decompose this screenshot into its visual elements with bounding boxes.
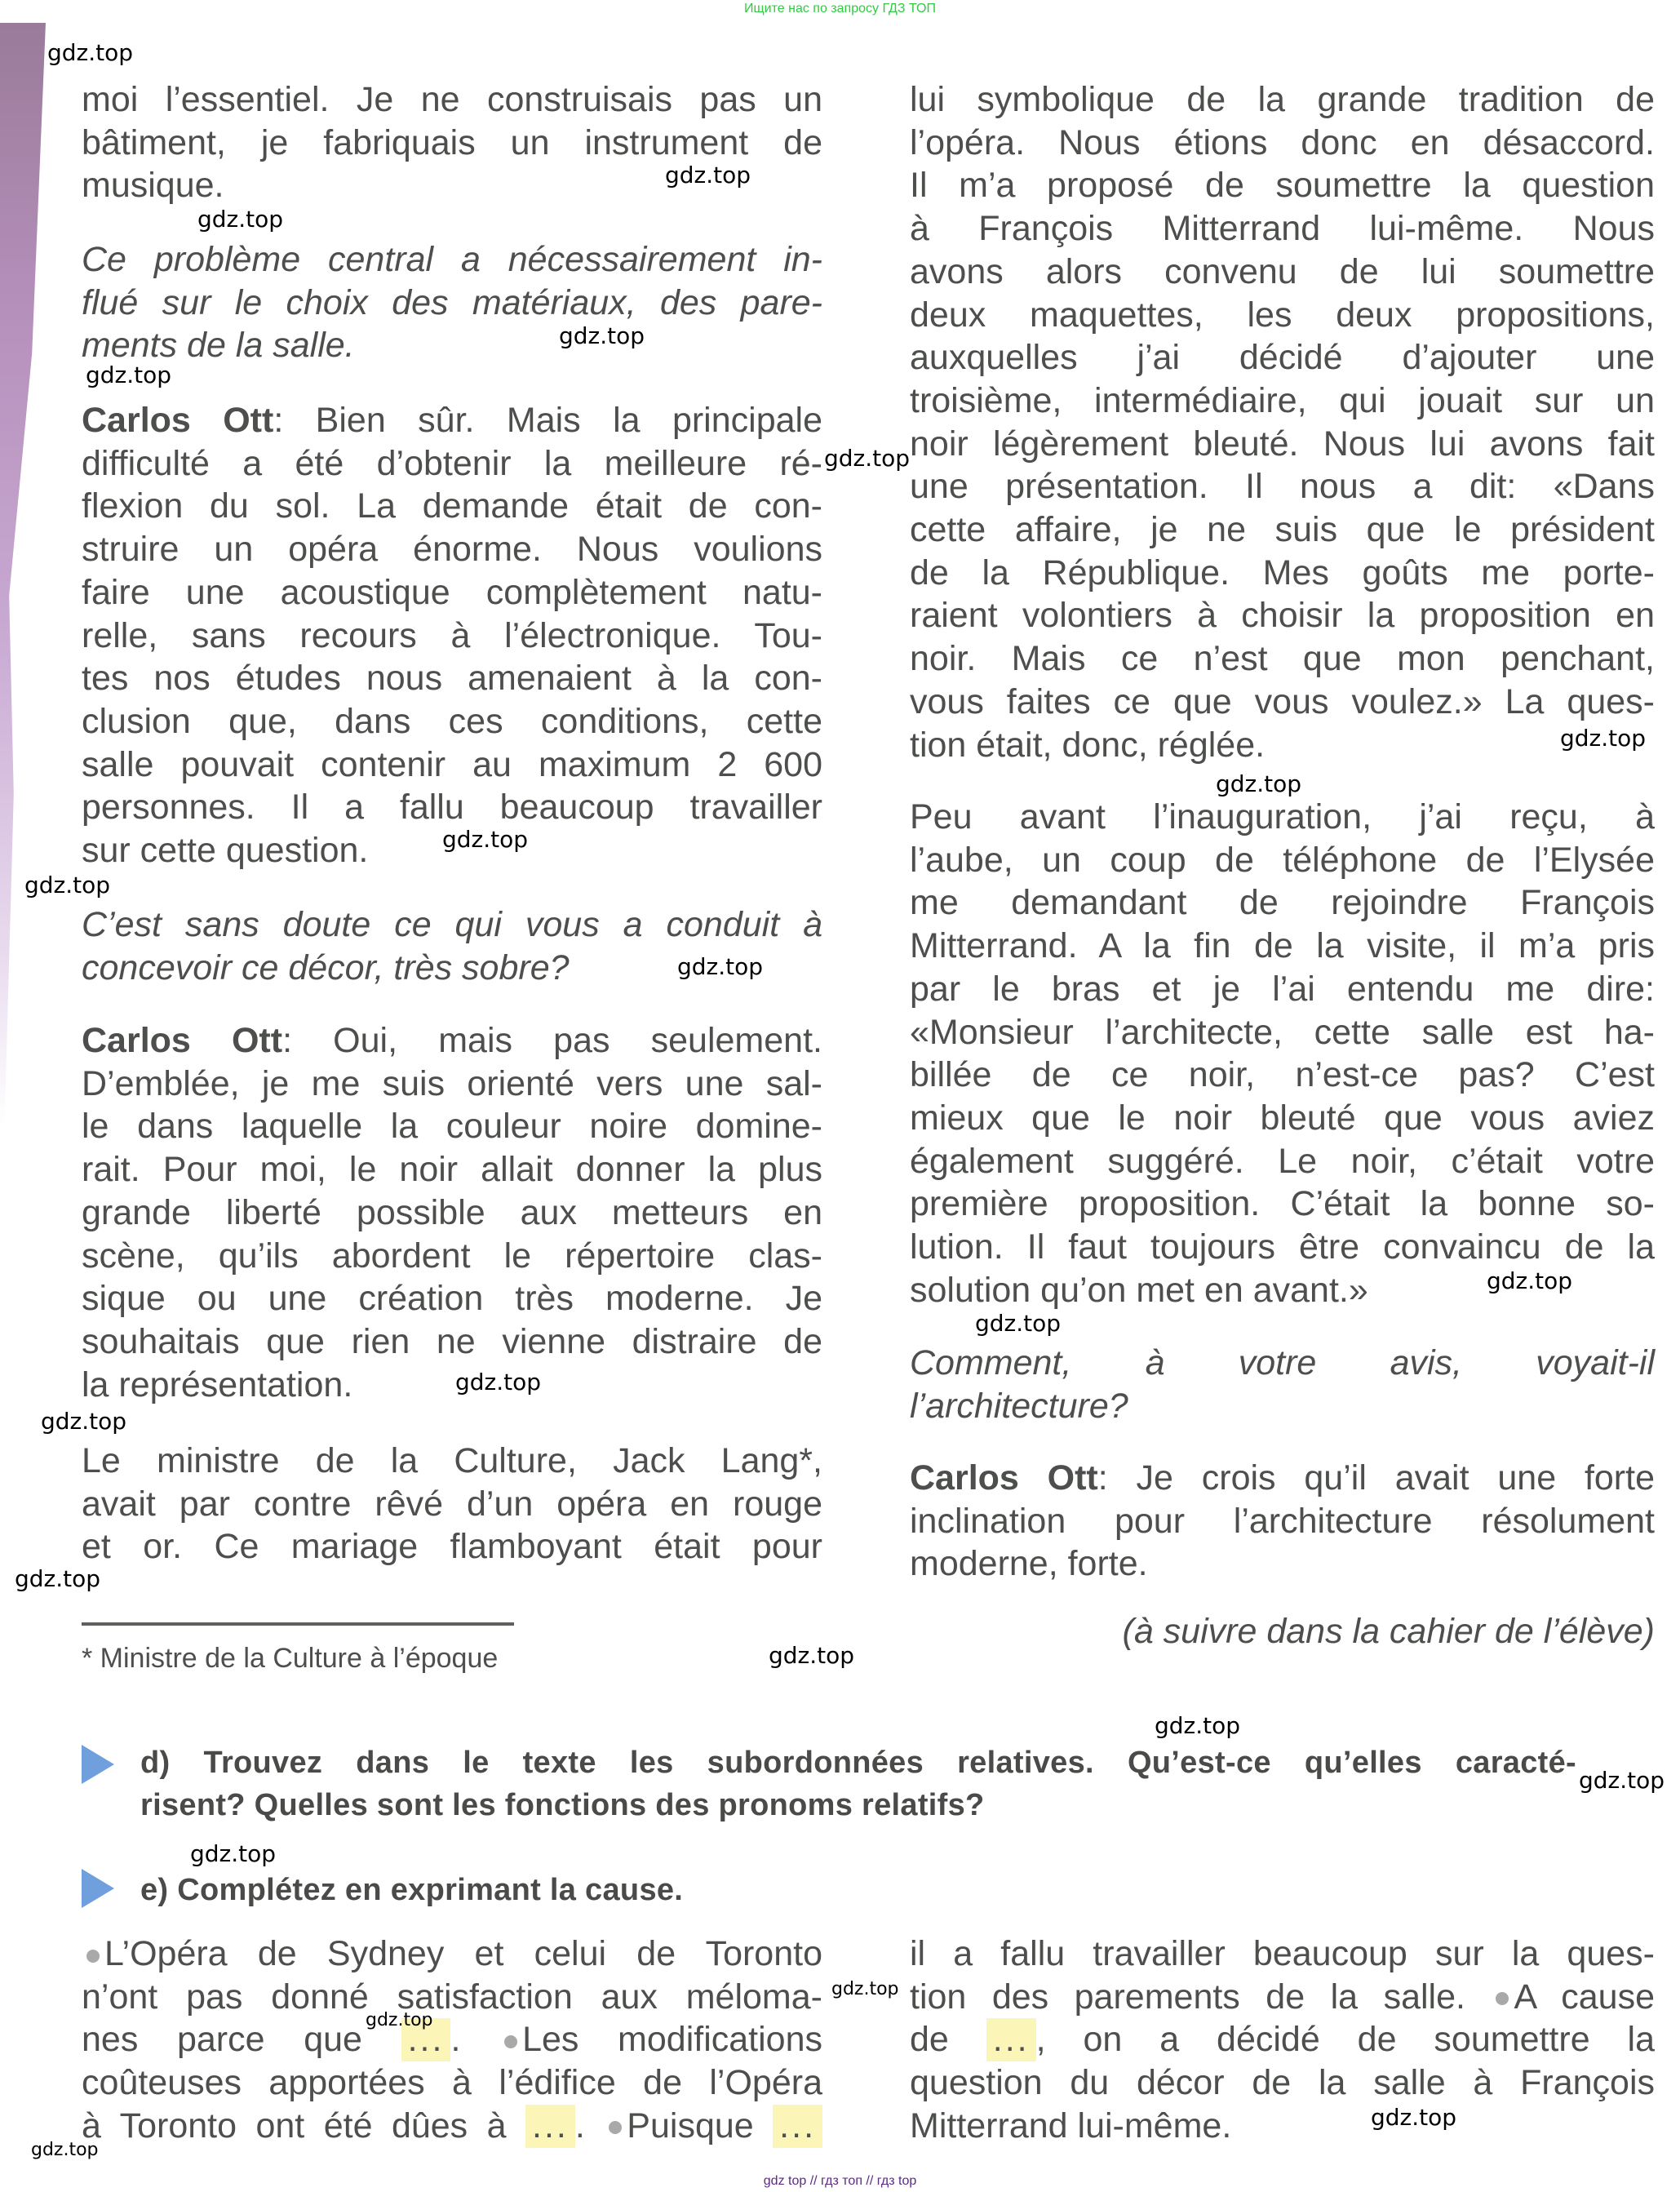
text-line: moderne, forte. — [910, 1542, 1655, 1586]
watermark: gdz.top — [190, 1840, 276, 1867]
text-line: Puisque — [627, 2106, 753, 2145]
text-line: nes parce que — [82, 2020, 362, 2059]
text-line: raient volontiers à choisir la propositi… — [910, 594, 1655, 637]
watermark: gdz.top — [86, 362, 171, 388]
text-line: : Oui, mais pas seulement. — [282, 1021, 822, 1060]
text-line: clusion que, dans ces conditions, cette — [82, 700, 822, 743]
watermark: gdz.top — [1560, 725, 1646, 752]
text-line: Peu avant l’inauguration, j’ai reçu, à — [910, 796, 1655, 839]
footnote: * Ministre de la Culture à l’époque — [82, 1642, 498, 1675]
text-line: mieux que le noir bleuté que vous aviez — [910, 1097, 1655, 1140]
text-line: noir. Mais ce n’est que mon penchant, — [910, 637, 1655, 681]
text-line: difficulté a été d’obtenir la meilleure … — [82, 442, 822, 486]
text-line: Ce problème central a nécessairement in- — [82, 238, 822, 282]
text-line: tes nos études nous amenaient à la con- — [82, 657, 822, 700]
text-line: flué sur le choix des matériaux, des par… — [82, 282, 822, 325]
text-line: scène, qu’ils abordent le répertoire cla… — [82, 1235, 822, 1278]
text-line: lui symbolique de la grande tradition de — [910, 78, 1655, 122]
text-line: coûteuses apportées à l’édifice de l’Opé… — [82, 2061, 822, 2105]
blank-input[interactable]: ... — [986, 2018, 1036, 2061]
blank-input[interactable]: ... — [773, 2105, 822, 2148]
speaker-name: Carlos Ott — [82, 401, 273, 440]
exercise-line: e) Complétez en exprimant la cause. — [140, 1873, 683, 1907]
exercise-line: d) Trouvez dans le texte les subordonnée… — [140, 1742, 1576, 1784]
interview-answer-2: Carlos Ott: Oui, mais pas seulement. D’e… — [82, 1019, 822, 1406]
watermark: gdz.top — [366, 2010, 433, 2030]
text-line: lution. Il faut toujours être convaincu … — [910, 1226, 1655, 1269]
text-line: : Bien sûr. Mais la principale — [273, 401, 822, 440]
top-banner: Ищите нас по запросу ГДЗ ТОП — [0, 0, 1680, 18]
text-line: struire un opéra énorme. Nous voulions — [82, 528, 822, 571]
footer-banner: gdz top // гдз топ // гдз top — [0, 2172, 1680, 2190]
text-line: cette affaire, je ne suis que le préside… — [910, 508, 1655, 552]
text-line: à François Mitterrand lui-même. Nous — [910, 207, 1655, 251]
text-line: l’aube, un coup de téléphone de l’Elysée — [910, 839, 1655, 882]
text-line: l’opéra. Nous étions donc en désaccord. — [910, 122, 1655, 165]
text-line: première proposition. C’était la bonne s… — [910, 1183, 1655, 1226]
text-line: tion était, donc, réglée. — [910, 724, 1655, 767]
speaker-name: Carlos Ott — [910, 1458, 1098, 1498]
paragraph-desaccord: lui symbolique de la grande tradition de… — [910, 78, 1655, 766]
bullet-icon — [86, 1950, 100, 1963]
watermark: gdz.top — [47, 39, 133, 66]
text-line: de la République. Mes goûts me porte- — [910, 552, 1655, 595]
text-line: à Toronto ont été dûes à — [82, 2106, 507, 2145]
watermark: gdz.top — [1216, 770, 1301, 797]
text-line: Il m’a proposé de soumettre la question — [910, 164, 1655, 207]
text-line: «Monsieur l’architecte, cette salle est … — [910, 1011, 1655, 1054]
text-line: l’architecture? — [910, 1385, 1655, 1428]
bullet-icon — [609, 2121, 622, 2134]
text-line: troisième, intermédiaire, qui jouait sur… — [910, 379, 1655, 423]
text-line: sique ou une création très moderne. Je — [82, 1277, 822, 1320]
text-line: flexion du sol. La demande était de con- — [82, 485, 822, 528]
footnote-divider — [82, 1622, 514, 1626]
watermark: gdz.top — [1371, 2104, 1456, 2131]
text-line: souhaitais que rien ne vienne distraire … — [82, 1320, 822, 1364]
exercise-d-arrow-icon — [82, 1745, 114, 1784]
speaker-name: Carlos Ott — [82, 1021, 282, 1060]
watermark: gdz.top — [31, 2140, 99, 2160]
text-line: , on a décidé de soumettre la — [1036, 2020, 1655, 2059]
watermark: gdz.top — [824, 445, 910, 472]
exercise-e-right-text: il a fallu travailler beaucoup sur la qu… — [910, 1932, 1655, 2148]
watermark: gdz.top — [1487, 1267, 1572, 1294]
text-line: deux maquettes, les deux propositions, — [910, 294, 1655, 337]
interview-answer-1: Carlos Ott: Bien sûr. Mais la principale… — [82, 399, 822, 872]
watermark: gdz.top — [831, 1979, 899, 1999]
text-line: noir légèrement bleuté. Nous lui avons f… — [910, 423, 1655, 466]
watermark: gdz.top — [1579, 1767, 1664, 1794]
text-line: la représentation. — [82, 1364, 822, 1407]
text-line: avons alors convenu de lui soumettre — [910, 251, 1655, 294]
text-line: et or. Ce mariage flamboyant était pour — [82, 1525, 822, 1569]
text-line: ments de la salle. — [82, 324, 822, 367]
text-line: de — [910, 2020, 949, 2059]
watermark: gdz.top — [442, 826, 528, 853]
text-line: : Je crois qu’il avait une forte — [1098, 1458, 1655, 1498]
text-line: A cause — [1514, 1977, 1655, 2017]
watermark: gdz.top — [197, 206, 283, 233]
text-line: Mitterrand lui-même. — [910, 2105, 1655, 2148]
text-line: auxquelles j’ai décidé d’ajouter une — [910, 336, 1655, 379]
watermark: gdz.top — [455, 1369, 541, 1396]
text-line: personnes. Il a fallu beaucoup travaille… — [82, 786, 822, 829]
text-line: bâtiment, je fabriquais un instrument de — [82, 122, 822, 165]
bullet-icon — [1496, 1992, 1509, 2005]
watermark: gdz.top — [665, 162, 751, 189]
text-line: une présentation. Il nous a dit: «Dans — [910, 465, 1655, 508]
text-line: D’emblée, je me suis orienté vers une sa… — [82, 1063, 822, 1106]
exercise-e-left-text: L’Opéra de Sydney et celui de Toronto n’… — [82, 1932, 822, 2148]
watermark: gdz.top — [41, 1408, 126, 1435]
interview-question-3: Comment, à votre avis, voyait-il l’archi… — [910, 1342, 1655, 1427]
watermark: gdz.top — [975, 1310, 1061, 1337]
text-line: salle pouvait contenir au maximum 2 600 — [82, 743, 822, 787]
text-line: billée de ce noir, n’est-ce pas? C’est — [910, 1054, 1655, 1097]
interview-question-1: Ce problème central a nécessairement in-… — [82, 238, 822, 367]
watermark: gdz.top — [1155, 1712, 1240, 1739]
text-line: question du décor de la salle à François — [910, 2061, 1655, 2105]
exercise-e: e) Complétez en exprimant la cause. — [140, 1869, 683, 1911]
paragraph-inauguration: Peu avant l’inauguration, j’ai reçu, à l… — [910, 796, 1655, 1311]
watermark: gdz.top — [15, 1565, 100, 1592]
text-line: rait. Pour moi, le noir allait donner la… — [82, 1148, 822, 1191]
text-line: moi l’essentiel. Je ne construisais pas … — [82, 78, 822, 122]
text-line: faire une acoustique complètement natu- — [82, 571, 822, 615]
text-line: vous faites ce que vous voulez.» La ques… — [910, 681, 1655, 724]
blank-input[interactable]: ... — [525, 2105, 575, 2148]
text-line: tion des parements de la salle. — [910, 1977, 1465, 2017]
text-line: Comment, à votre avis, voyait-il — [910, 1342, 1655, 1385]
watermark: gdz.top — [24, 872, 110, 899]
text-line: Le ministre de la Culture, Jack Lang*, — [82, 1440, 822, 1483]
exercise-e-arrow-icon — [82, 1869, 114, 1908]
text-line: C’est sans doute ce qui vous a conduit à — [82, 903, 822, 947]
text-line: relle, sans recours à l’électronique. To… — [82, 615, 822, 658]
text-line: me demandant de rejoindre François — [910, 881, 1655, 925]
text-line: Mitterrand. A la fin de la visite, il m’… — [910, 925, 1655, 968]
bullet-icon — [504, 2035, 517, 2048]
text-line: inclination pour l’architecture résolume… — [910, 1500, 1655, 1543]
text-line: Les modifications — [522, 2020, 822, 2059]
text-line: grande liberté possible aux metteurs en — [82, 1191, 822, 1235]
right-column: lui symbolique de la grande tradition de… — [910, 78, 1655, 1645]
left-column: moi l’essentiel. Je ne construisais pas … — [82, 78, 822, 1629]
interview-answer-3: Carlos Ott: Je crois qu’il avait une for… — [910, 1457, 1655, 1586]
watermark: gdz.top — [559, 322, 645, 349]
paragraph-ministre: Le ministre de la Culture, Jack Lang*, a… — [82, 1440, 822, 1569]
watermark: gdz.top — [677, 953, 763, 980]
exercise-d: d) Trouvez dans le texte les subordonnée… — [140, 1742, 1576, 1826]
text-line: également suggéré. Le noir, c’était votr… — [910, 1140, 1655, 1183]
text-line: il a fallu travailler beaucoup sur la qu… — [910, 1932, 1655, 1976]
text-line: n’ont pas donné satisfaction aux méloma- — [82, 1976, 822, 2019]
text-line: L’Opéra de Sydney et celui de Toronto — [104, 1934, 822, 1973]
text-line: le dans laquelle la couleur noire domine… — [82, 1105, 822, 1148]
text-line: par le bras et je l’ai entendu me dire: — [910, 968, 1655, 1011]
text-line: avait par contre rêvé d’un opéra en roug… — [82, 1483, 822, 1526]
watermark: gdz.top — [769, 1642, 854, 1669]
exercise-line: risent? Quelles sont les fonctions des p… — [140, 1784, 1576, 1826]
continuation-note: (à suivre dans la cahier de l’élève) — [1123, 1610, 1656, 1653]
decorative-purple-strip — [0, 23, 46, 1125]
